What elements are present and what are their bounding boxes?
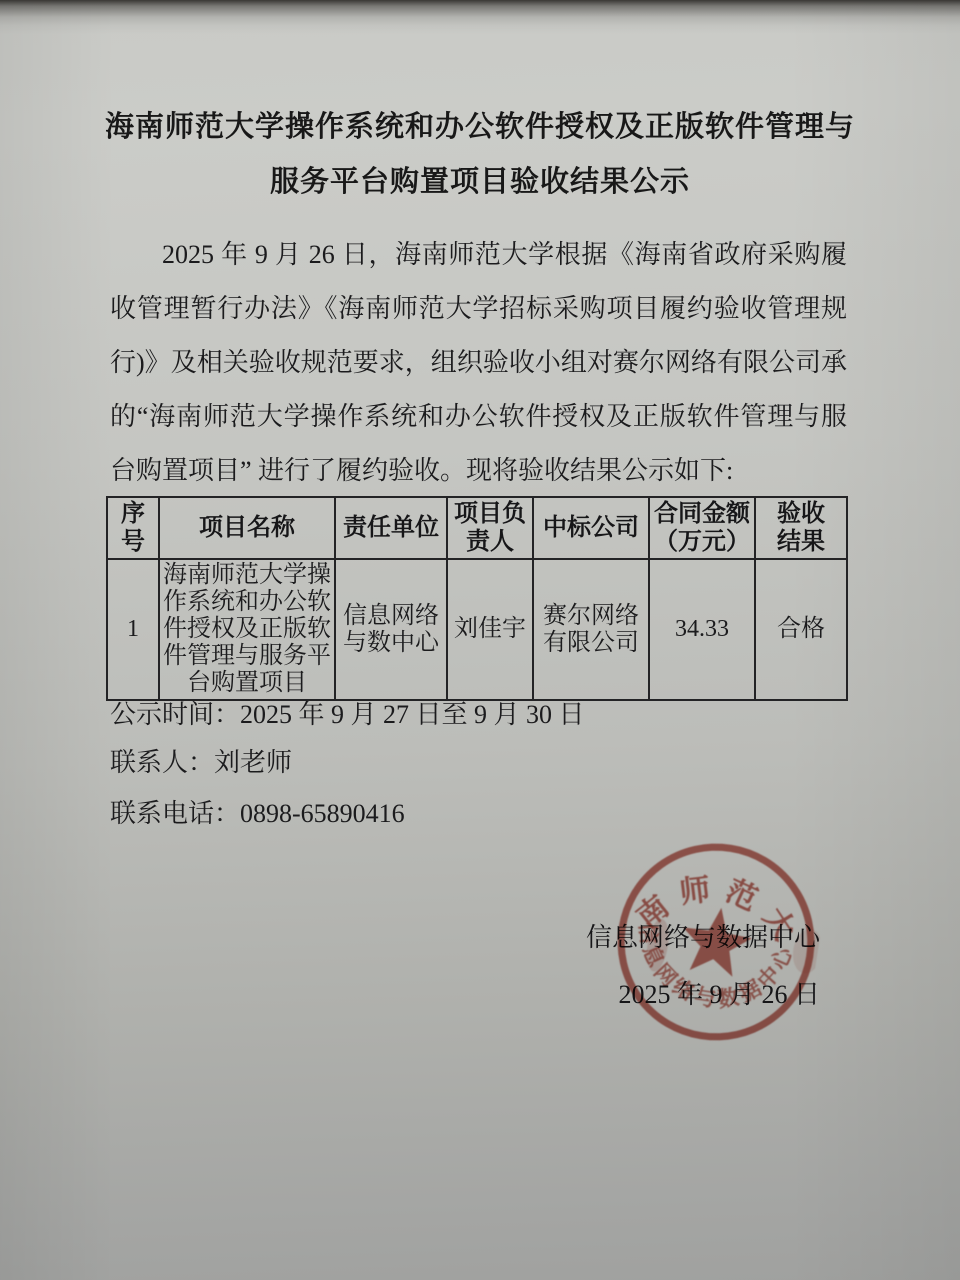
header-winning-company: 中标公司 [533,497,649,559]
signature-date: 2025 年 9 月 26 日 [586,966,820,1023]
title-line-2: 服务平台购置项目验收结果公示 [60,155,900,210]
header-project-name: 项目名称 [159,497,335,559]
cell-responsible-unit: 信息网络与数中心 [335,559,447,700]
header-responsible-unit: 责任单位 [335,497,447,559]
paragraph-line: 行)》及相关验收规范要求，组织验收小组对赛尔网络有限公司承建 [110,336,847,390]
signature-department: 信息网络与数据中心 [586,909,820,966]
header-contract-amount: 合同金额（万元） [649,497,755,559]
cell-winning-company: 赛尔网络有限公司 [533,559,649,700]
table-header-row: 序号 项目名称 责任单位 项目负责人 中标公司 合同金额（万元） 验收结果 [107,497,847,559]
paragraph-line: 台购置项目” 进行了履约验收。现将验收结果公示如下: [110,444,847,498]
contact-person: 联系人：刘老师 [110,748,292,778]
acceptance-result-table: 序号 项目名称 责任单位 项目负责人 中标公司 合同金额（万元） 验收结果 1 … [106,496,848,701]
signature-block: 信息网络与数据中心 2025 年 9 月 26 日 [586,909,820,1023]
paragraph-line: 的“海南师范大学操作系统和办公软件授权及正版软件管理与服务平 [110,390,847,444]
title-line-1: 海南师范大学操作系统和办公软件授权及正版软件管理与 [60,100,900,155]
header-acceptance-result-label: 验收结果 [776,500,826,556]
publicity-period: 公示时间：2025 年 9 月 27 日至 9 月 30 日 [110,700,585,730]
body-paragraph: 2025 年 9 月 26 日，海南师范大学根据《海南省政府采购履约验 收管理暂… [110,228,847,498]
header-acceptance-result: 验收结果 [755,497,847,559]
cell-project-leader: 刘佳宇 [447,559,533,700]
document-title: 海南师范大学操作系统和办公软件授权及正版软件管理与 服务平台购置项目验收结果公示 [60,100,900,210]
contact-phone: 联系电话：0898-65890416 [110,799,405,829]
paragraph-line: 收管理暂行办法》《海南师范大学招标采购项目履约验收管理规定(试 [110,282,847,336]
cell-project-name: 海南师范大学操作系统和办公软件授权及正版软件管理与服务平台购置项目 [159,559,335,700]
cell-acceptance-result: 合格 [755,559,847,700]
photo-top-shadow [0,0,960,34]
cell-seq: 1 [107,559,159,700]
header-seq: 序号 [107,497,159,559]
scanned-document-page: 海南师范大学操作系统和办公软件授权及正版软件管理与 服务平台购置项目验收结果公示… [0,0,960,1280]
cell-contract-amount: 34.33 [649,559,755,700]
table-row: 1 海南师范大学操作系统和办公软件授权及正版软件管理与服务平台购置项目 信息网络… [107,559,847,700]
header-project-leader: 项目负责人 [447,497,533,559]
paragraph-line: 2025 年 9 月 26 日，海南师范大学根据《海南省政府采购履约验 [110,228,847,282]
